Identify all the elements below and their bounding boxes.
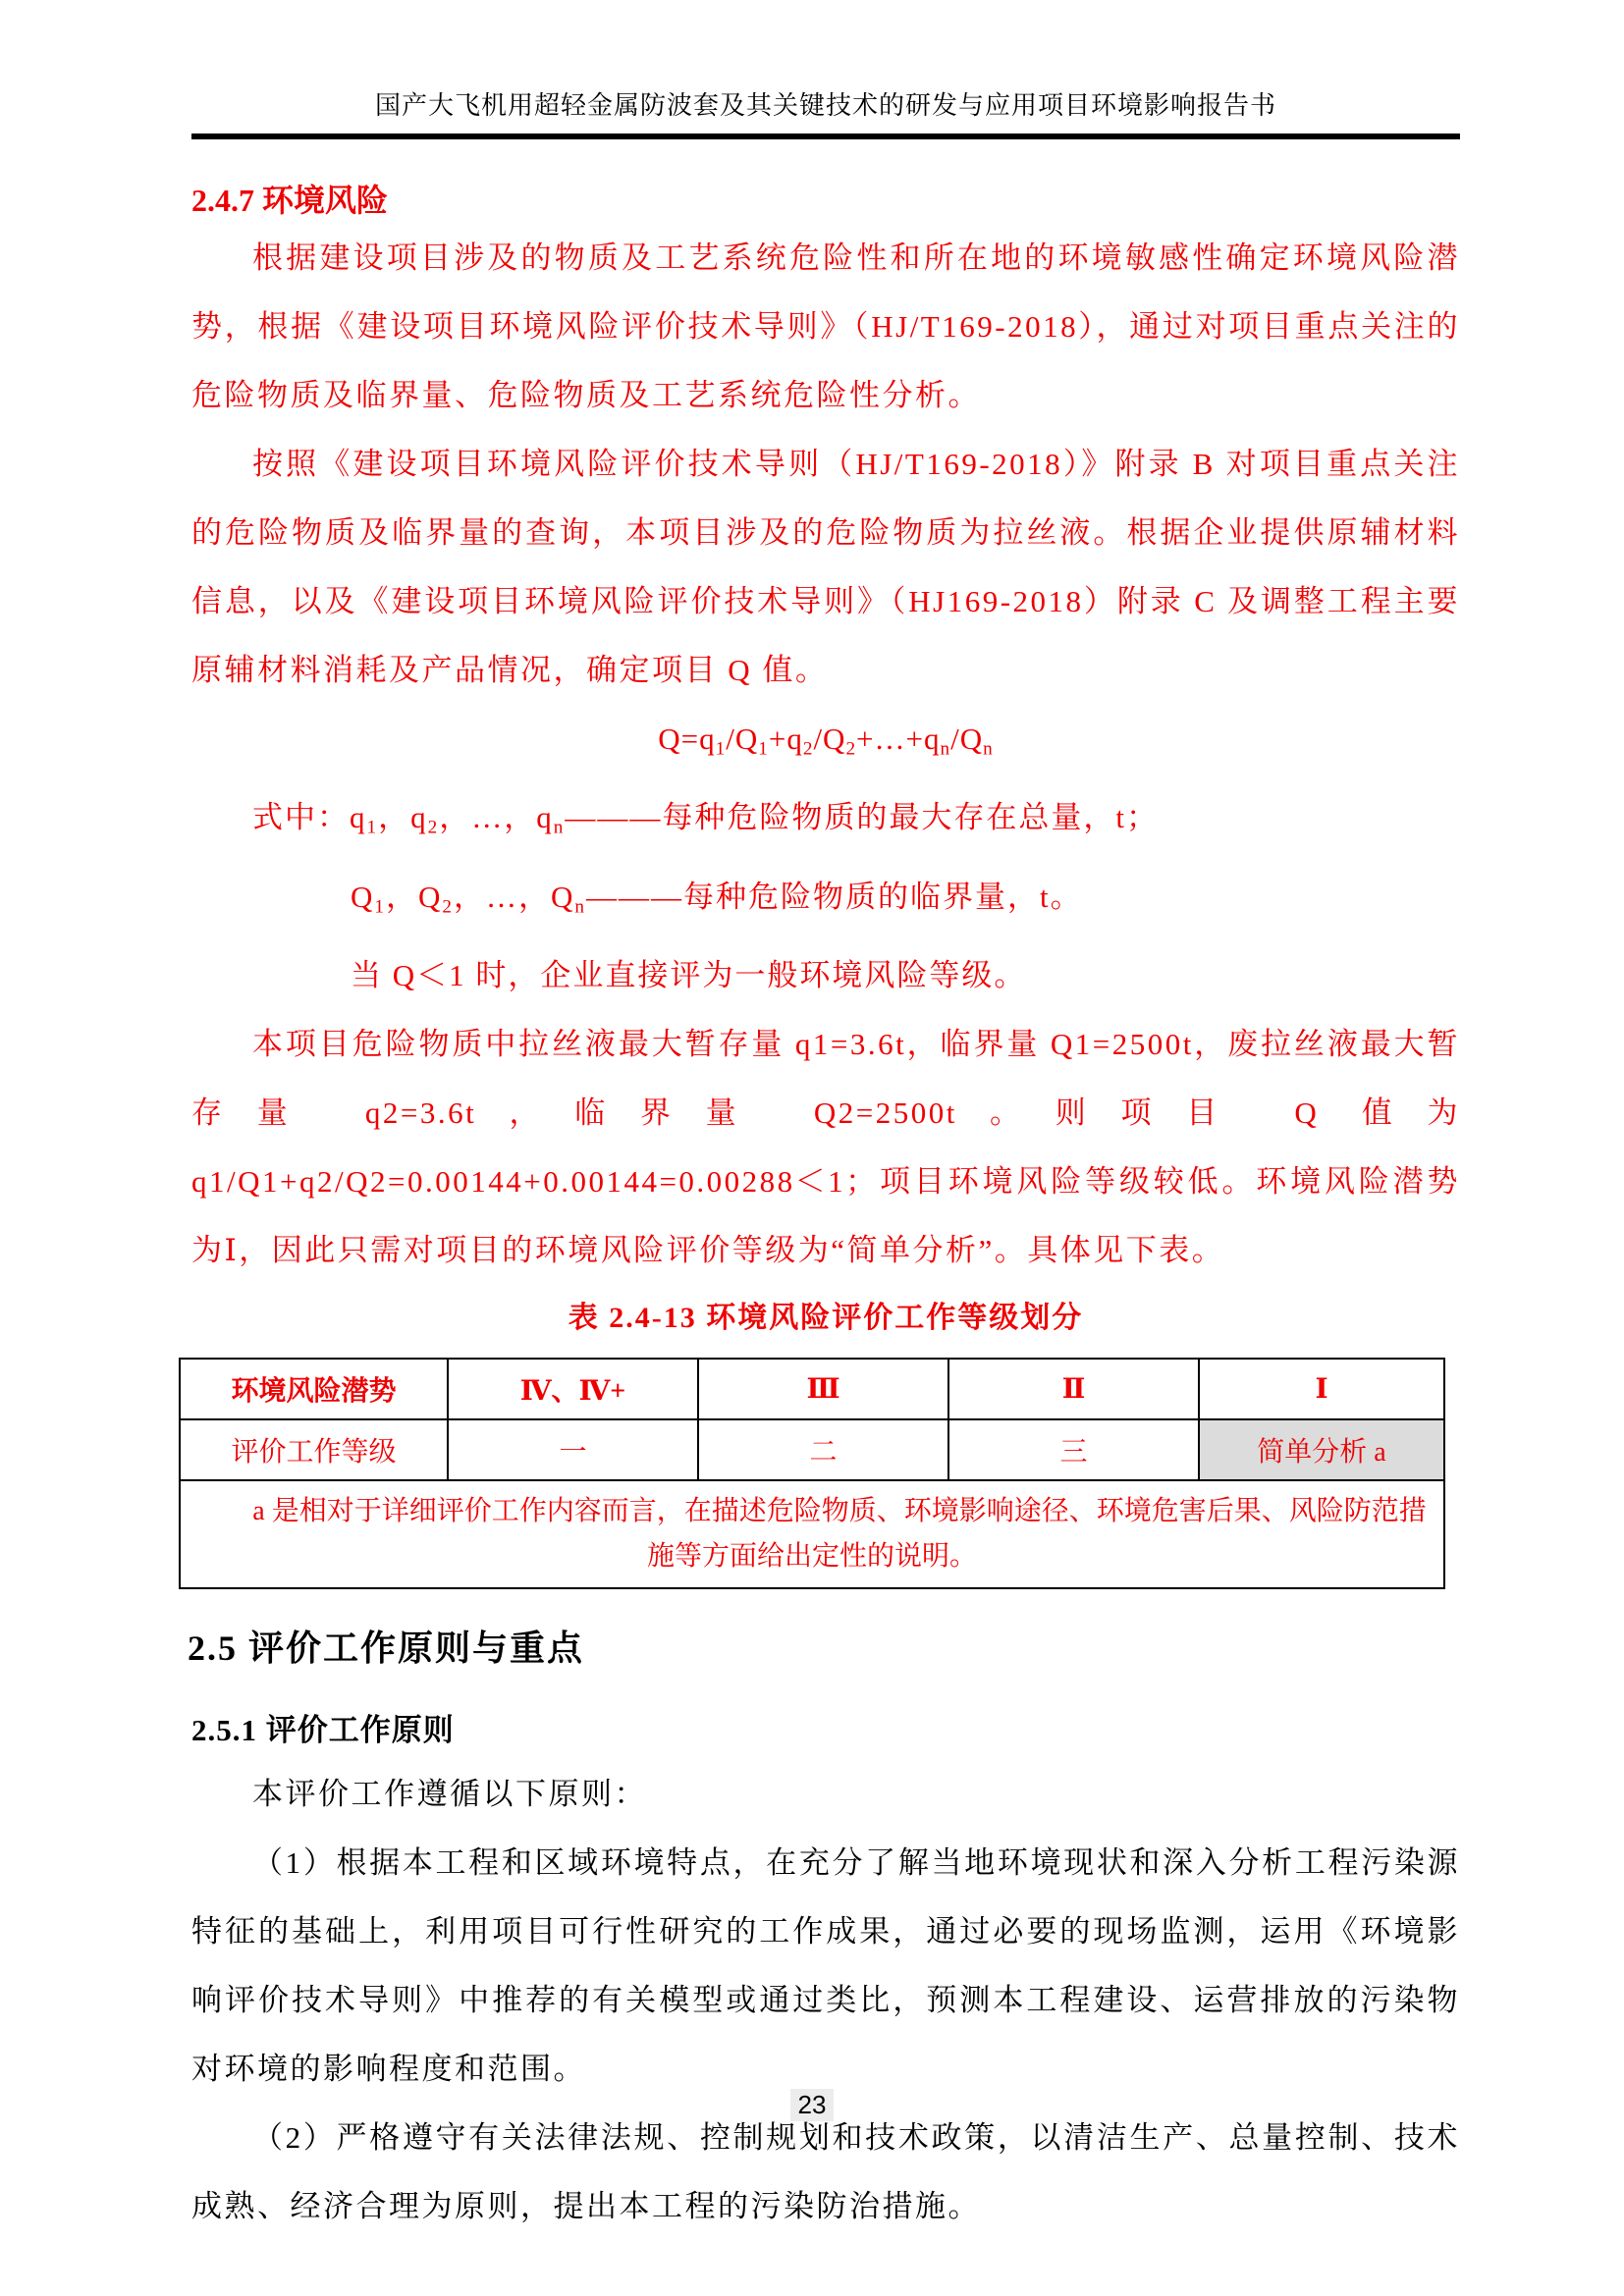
header-cell-i: Ⅰ bbox=[1199, 1359, 1444, 1419]
legend-part: Q bbox=[351, 880, 374, 914]
legend-part: ，…，q bbox=[439, 800, 554, 834]
legend-sub: 1 bbox=[367, 818, 379, 838]
legend-part: ，Q bbox=[386, 880, 442, 914]
cell-grade-3: 三 bbox=[948, 1419, 1199, 1480]
cell-grade-label: 评价工作等级 bbox=[180, 1419, 448, 1480]
header-cell-iii: Ⅲ bbox=[698, 1359, 948, 1419]
risk-assessment-grade-table: 环境风险潜势 Ⅳ、Ⅳ+ Ⅲ Ⅱ Ⅰ 评价工作等级 一 二 三 简单分析 a a … bbox=[179, 1358, 1445, 1589]
formula-sub: 1 bbox=[716, 738, 727, 759]
page-footer: 23 bbox=[0, 2089, 1624, 2121]
section-heading-2-4-7: 2.4.7 环境风险 bbox=[191, 177, 1460, 224]
formula-part: +…+q bbox=[856, 721, 940, 756]
cell-simple-analysis-highlighted: 简单分析 a bbox=[1199, 1419, 1444, 1480]
paragraph-q-calculation: 本项目危险物质中拉丝液最大暂存量 q1=3.6t，临界量 Q1=2500t，废拉… bbox=[191, 1010, 1460, 1285]
table-grade-row: 评价工作等级 一 二 三 简单分析 a bbox=[180, 1419, 1444, 1480]
legend-sub: n bbox=[574, 896, 586, 917]
table-footnote: a 是相对于详细评价工作内容而言，在描述危险物质、环境影响途径、环境危害后果、风… bbox=[180, 1480, 1444, 1588]
paragraph-principle-1: （1）根据本工程和区域环境特点，在充分了解当地环境现状和深入分析工程污染源特征的… bbox=[191, 1829, 1460, 2104]
cell-grade-1: 一 bbox=[448, 1419, 698, 1480]
legend-part: ，…，Q bbox=[454, 880, 574, 914]
formula-sub: 2 bbox=[845, 738, 856, 759]
legend-part: ———每种危险物质的最大存在总量，t； bbox=[565, 800, 1159, 834]
document-page: 国产大飞机用超轻金属防波套及其关键技术的研发与应用项目环境影响报告书 2.4.7… bbox=[0, 0, 1624, 2241]
formula-part: /Q bbox=[950, 721, 983, 756]
paragraph-hazard-query: 按照《建设项目环境风险评价技术导则（HJ/T169-2018）》附录 B 对项目… bbox=[191, 430, 1460, 705]
paragraph-risk-potential: 根据建设项目涉及的物质及工艺系统危险性和所在地的环境敏感性确定环境风险潜势，根据… bbox=[191, 224, 1460, 430]
legend-part: 式中：q bbox=[252, 800, 367, 834]
table-footnote-row: a 是相对于详细评价工作内容而言，在描述危险物质、环境影响途径、环境危害后果、风… bbox=[180, 1480, 1444, 1588]
header-cell-ii: Ⅱ bbox=[948, 1359, 1199, 1419]
legend-part: ，q bbox=[378, 800, 428, 834]
section-heading-2-5: 2.5 评价工作原则与重点 bbox=[188, 1623, 1460, 1674]
legend-sub: n bbox=[554, 818, 566, 838]
formula-sub: n bbox=[983, 738, 994, 759]
header-cell-iv: Ⅳ、Ⅳ+ bbox=[448, 1359, 698, 1419]
legend-sub: 2 bbox=[442, 896, 454, 917]
formula-part: +q bbox=[769, 721, 803, 756]
formula-part: /Q bbox=[726, 721, 758, 756]
formula-sub: 1 bbox=[758, 738, 769, 759]
formula-part: Q=q bbox=[658, 721, 715, 756]
q-formula: Q=q1/Q1+q2/Q2+…+qn/Qn bbox=[191, 705, 1460, 783]
header-divider bbox=[191, 133, 1460, 139]
formula-part: /Q bbox=[813, 721, 845, 756]
formula-sub: 2 bbox=[803, 738, 814, 759]
page-number: 23 bbox=[790, 2089, 835, 2121]
formula-legend-q-capital: Q1，Q2，…，Qn———每种危险物质的临界量，t。 bbox=[351, 863, 1460, 941]
formula-condition-note: 当 Q＜1 时，企业直接评为一般环境风险等级。 bbox=[351, 941, 1460, 1010]
section-heading-2-5-1: 2.5.1 评价工作原则 bbox=[191, 1707, 1460, 1754]
formula-legend-q-small: 式中：q1，q2，…，qn———每种危险物质的最大存在总量，t； bbox=[252, 783, 1460, 862]
table-header-row: 环境风险潜势 Ⅳ、Ⅳ+ Ⅲ Ⅱ Ⅰ bbox=[180, 1359, 1444, 1419]
header-cell-risk-potential: 环境风险潜势 bbox=[180, 1359, 448, 1419]
table-caption-2-4-13: 表 2.4-13 环境风险评价工作等级划分 bbox=[191, 1289, 1460, 1348]
page-header-title: 国产大飞机用超轻金属防波套及其关键技术的研发与应用项目环境影响报告书 bbox=[191, 86, 1460, 126]
formula-sub: n bbox=[941, 738, 951, 759]
legend-part: ———每种危险物质的临界量，t。 bbox=[586, 880, 1083, 914]
legend-sub: 1 bbox=[374, 896, 386, 917]
legend-sub: 2 bbox=[428, 818, 440, 838]
paragraph-principle-2: （2）严格遵守有关法律法规、控制规划和技术政策，以清洁生产、总量控制、技术成熟、… bbox=[191, 2104, 1460, 2241]
paragraph-principles-intro: 本评价工作遵循以下原则： bbox=[191, 1760, 1460, 1829]
cell-grade-2: 二 bbox=[698, 1419, 948, 1480]
